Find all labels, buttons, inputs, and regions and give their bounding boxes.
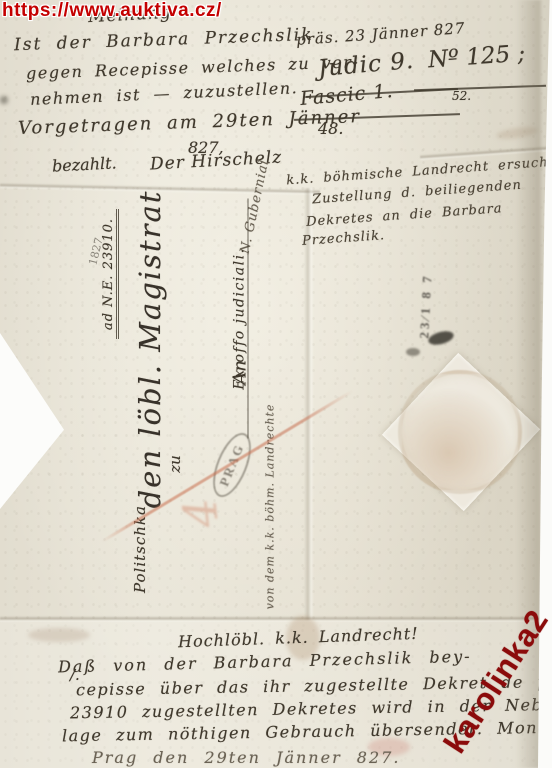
address-recipient: den löbl. Magistrat [133,189,167,509]
auction-url-watermark: https://www.auktiva.cz/ [2,0,222,22]
embossed-seal [398,370,522,494]
docket-line: bezahlt. [52,153,118,175]
address-place: Politschka [131,494,149,604]
address-ex-offo: Ex offo judiciali. [232,199,249,439]
red-crayon-mark: 4 [172,496,229,531]
scanned-letter-image: Meinung Ist der Barbara Przechslik gegen… [0,0,552,768]
letter-line-partial: Prag den 29ten Jänner 827. [92,748,400,767]
address-side-note: von dem k.k. böhm. Landrechte [264,392,277,622]
registry-number-sub: 52. [452,89,471,103]
ink-smudge-small [406,348,420,356]
registry-fascic-sub: 48. [318,119,343,138]
address-zu: zu [166,449,184,479]
address-an: An [230,355,251,391]
address-ref-number: ad N.E. 23910. [101,209,119,339]
